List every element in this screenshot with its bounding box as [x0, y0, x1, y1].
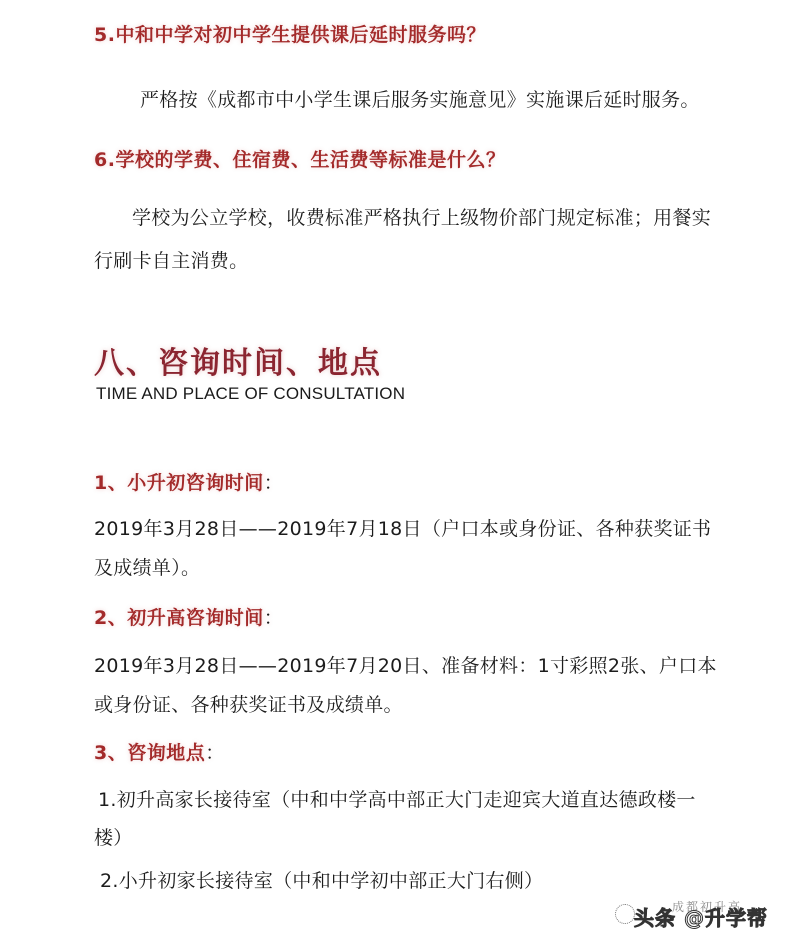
item1-heading: 1、小升初咨询时间： — [94, 468, 283, 495]
q6-heading: 6.学校的学费、住宿费、生活费等标准是什么？ — [94, 145, 505, 172]
q6-answer-line1: 学校为公立学校，收费标准严格执行上级物价部门规定标准；用餐实 — [132, 203, 711, 230]
location1-line1: 1.初升高家长接待室（中和中学高中部正大门走迎宾大道直达德政楼一 — [98, 785, 696, 812]
item3-heading-text: 3、咨询地点 — [94, 742, 205, 764]
item1-line1: 2019年3月28日——2019年7月18日（户口本或身份证、各种获奖证书 — [94, 514, 711, 541]
item1-heading-text: 1、小升初咨询时间 — [94, 472, 264, 494]
section-title: 八、咨询时间、地点 — [94, 338, 382, 382]
q5-answer: 严格按《成都市中小学生课后服务实施意见》实施课后延时服务。 — [140, 85, 700, 112]
item3-heading: 3、咨询地点： — [94, 738, 225, 765]
location2: 2.小升初家长接待室（中和中学初中部正大门右侧） — [100, 866, 543, 893]
item1-line2: 及成绩单）。 — [94, 553, 200, 580]
item2-line1: 2019年3月28日——2019年7月20日、准备材料：1寸彩照2张、户口本 — [94, 651, 717, 678]
q6-answer-line2: 行刷卡自主消费。 — [94, 246, 248, 273]
item1-colon: ： — [264, 472, 284, 494]
watermark-logo-icon — [615, 904, 635, 924]
watermark: 头条 @升学帮 — [634, 902, 768, 931]
item2-line2: 或身份证、各种获奖证书及成绩单。 — [94, 690, 403, 717]
item2-colon: ： — [264, 607, 284, 629]
item2-heading-text: 2、初升高咨询时间 — [94, 607, 264, 629]
section-subtitle: TIME AND PLACE OF CONSULTATION — [96, 384, 405, 404]
item2-heading: 2、初升高咨询时间： — [94, 603, 283, 630]
q5-heading: 5.中和中学对初中学生提供课后延时服务吗？ — [94, 20, 486, 47]
location1-line2: 楼） — [94, 823, 133, 850]
item3-colon: ： — [205, 742, 225, 764]
